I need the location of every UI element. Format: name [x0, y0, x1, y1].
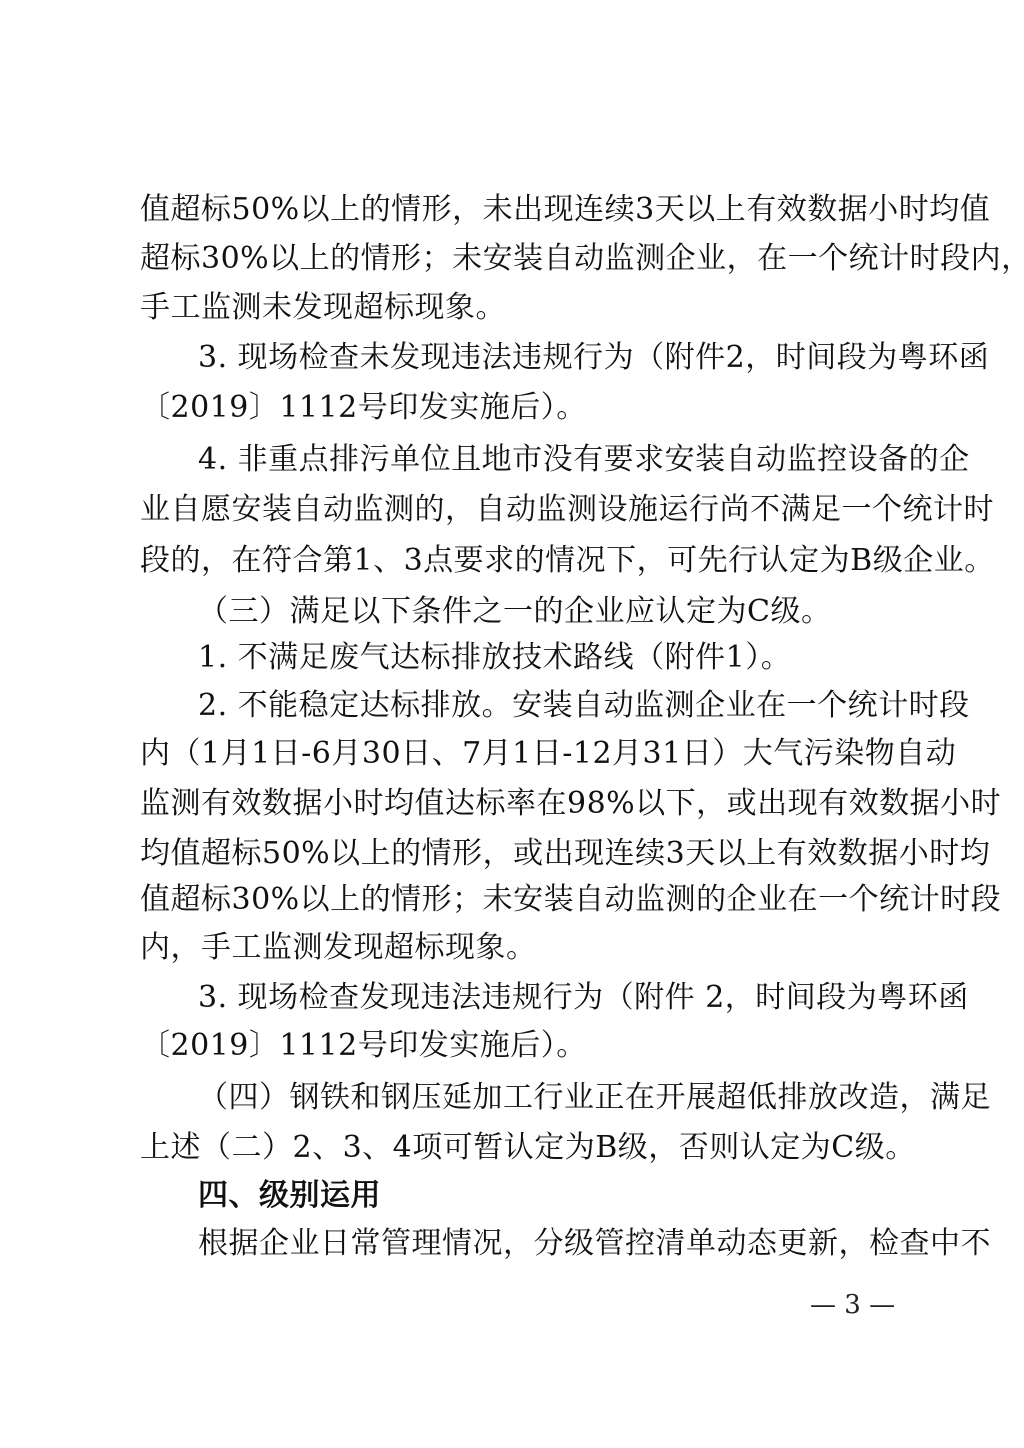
- paragraph-line: 均值超标50%以上的情形，或出现连续3天以上有效数据小时均: [140, 836, 896, 872]
- paragraph-line: 内（1月1日-6月30日、7月1日-12月31日）大气污染物自动: [140, 736, 896, 772]
- paragraph-line: 内，手工监测发现超标现象。: [140, 930, 896, 966]
- section-heading: 四、级别运用: [140, 1178, 896, 1214]
- paragraph-line: 超标30%以上的情形；未安装自动监测企业，在一个统计时段内，: [140, 241, 896, 277]
- paragraph-line: 〔2019〕1112号印发实施后）。: [140, 1028, 896, 1064]
- subsection-heading: （三）满足以下条件之一的企业应认定为C级。: [140, 594, 896, 630]
- document-page: 值超标50%以上的情形，未出现连续3天以上有效数据小时均值 超标30%以上的情形…: [0, 0, 1024, 1448]
- list-item-line: 3. 现场检查未发现违法违规行为（附件2，时间段为粤环函: [140, 340, 896, 376]
- paragraph-line: 值超标30%以上的情形；未安装自动监测的企业在一个统计时段: [140, 882, 896, 918]
- paragraph-line: 段的，在符合第1、3点要求的情况下，可先行认定为B级企业。: [140, 543, 896, 579]
- list-item-line: 3. 现场检查发现违法违规行为（附件 2，时间段为粤环函: [140, 980, 896, 1016]
- page-number: — 3 —: [810, 1290, 895, 1320]
- paragraph-line: 业自愿安装自动监测的，自动监测设施运行尚不满足一个统计时: [140, 492, 896, 528]
- list-item-line: 4. 非重点排污单位且地市没有要求安装自动监控设备的企: [140, 442, 896, 478]
- paragraph-line: 监测有效数据小时均值达标率在98%以下，或出现有效数据小时: [140, 786, 896, 822]
- paragraph-line: 值超标50%以上的情形，未出现连续3天以上有效数据小时均值: [140, 192, 896, 228]
- paragraph-line: 上述（二）2、3、4项可暂认定为B级，否则认定为C级。: [140, 1130, 896, 1166]
- list-item-line: 2. 不能稳定达标排放。安装自动监测企业在一个统计时段: [140, 688, 896, 724]
- paragraph-line: 〔2019〕1112号印发实施后）。: [140, 390, 896, 426]
- subsection-heading: （四）钢铁和钢压延加工行业正在开展超低排放改造，满足: [140, 1080, 896, 1116]
- paragraph-line: 手工监测未发现超标现象。: [140, 290, 896, 326]
- paragraph-line: 根据企业日常管理情况，分级管控清单动态更新，检查中不: [140, 1226, 896, 1262]
- list-item-line: 1. 不满足废气达标排放技术路线（附件1）。: [140, 640, 896, 676]
